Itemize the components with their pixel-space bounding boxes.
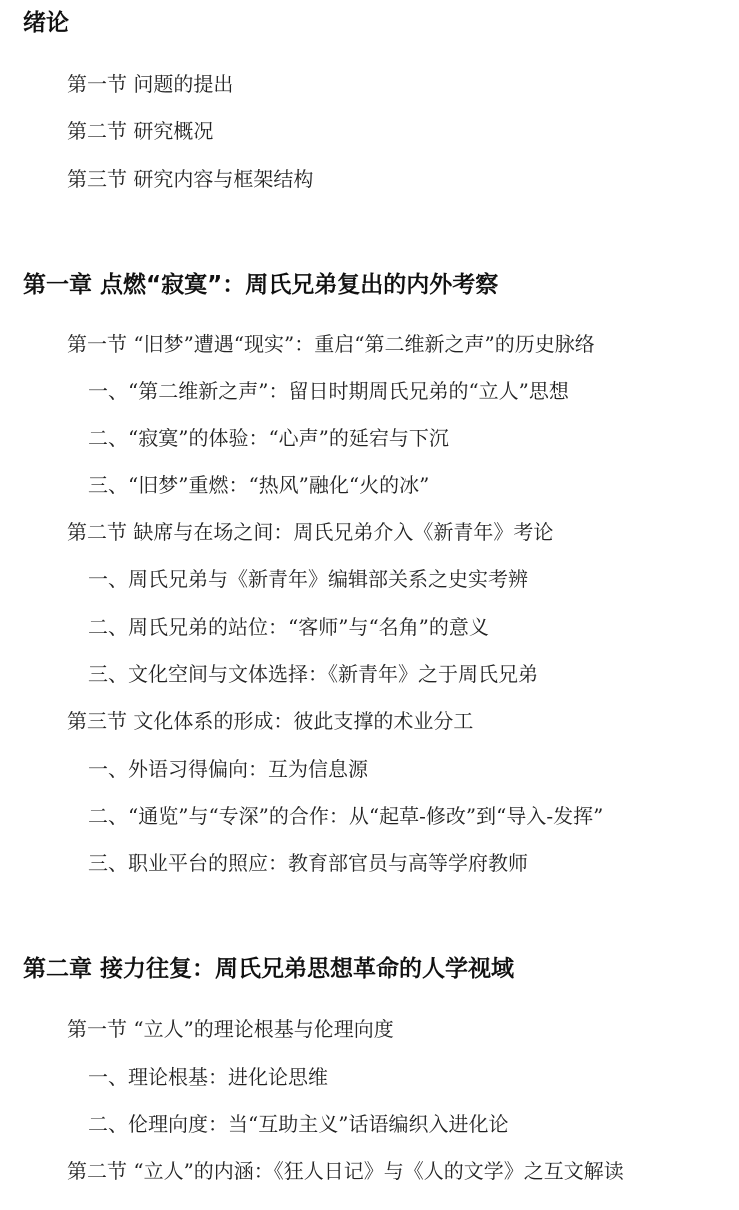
toc-chapter-introduction[interactable]: 绪论 (23, 12, 69, 35)
toc-subsection-1-2-2[interactable]: 二、周氏兄弟的站位：“客师”与“名角”的意义 (88, 617, 489, 637)
toc-subsection-1-3-3[interactable]: 三、职业平台的照应：教育部官员与高等学府教师 (88, 853, 528, 873)
toc-subsection-1-2-1[interactable]: 一、周氏兄弟与《新青年》编辑部关系之史实考辨 (88, 569, 528, 589)
toc-subsection-1-3-2[interactable]: 二、“通览”与“专深”的合作：从“起草-修改”到“导入-发挥” (88, 806, 603, 826)
toc-chapter-2[interactable]: 第二章 接力往复：周氏兄弟思想革命的人学视域 (23, 958, 514, 981)
toc-section-intro-3[interactable]: 第三节 研究内容与框架结构 (67, 169, 313, 189)
toc-section-intro-2[interactable]: 第二节 研究概况 (67, 121, 213, 141)
toc-subsection-1-2-3[interactable]: 三、文化空间与文体选择：《新青年》之于周氏兄弟 (88, 664, 538, 684)
toc-subsection-1-1-2[interactable]: 二、“寂寞”的体验：“心声”的延宕与下沉 (88, 428, 449, 448)
toc-section-2-1[interactable]: 第一节 “立人”的理论根基与伦理向度 (67, 1019, 394, 1039)
toc-section-2-2[interactable]: 第二节 “立人”的内涵：《狂人日记》与《人的文学》之互文解读 (67, 1161, 624, 1181)
toc-section-1-2[interactable]: 第二节 缺席与在场之间：周氏兄弟介入《新青年》考论 (67, 522, 553, 542)
toc-section-intro-1[interactable]: 第一节 问题的提出 (67, 74, 233, 94)
toc-subsection-2-1-1[interactable]: 一、理论根基：进化论思维 (88, 1067, 328, 1087)
toc-section-1-1[interactable]: 第一节 “旧梦”遭遇“现实”：重启“第二维新之声”的历史脉络 (67, 334, 595, 354)
toc-section-1-3[interactable]: 第三节 文化体系的形成：彼此支撑的术业分工 (67, 711, 473, 731)
toc-subsection-2-1-2[interactable]: 二、伦理向度：当“互助主义”话语编织入进化论 (88, 1114, 508, 1134)
toc-chapter-1[interactable]: 第一章 点燃“寂寞”：周氏兄弟复出的内外考察 (23, 274, 498, 297)
toc-subsection-1-1-3[interactable]: 三、“旧梦”重燃：“热风”融化“火的冰” (88, 475, 429, 495)
toc-subsection-1-1-1[interactable]: 一、“第二维新之声”：留日时期周氏兄弟的“立人”思想 (88, 381, 569, 401)
toc-subsection-1-3-1[interactable]: 一、外语习得偏向：互为信息源 (88, 759, 368, 779)
